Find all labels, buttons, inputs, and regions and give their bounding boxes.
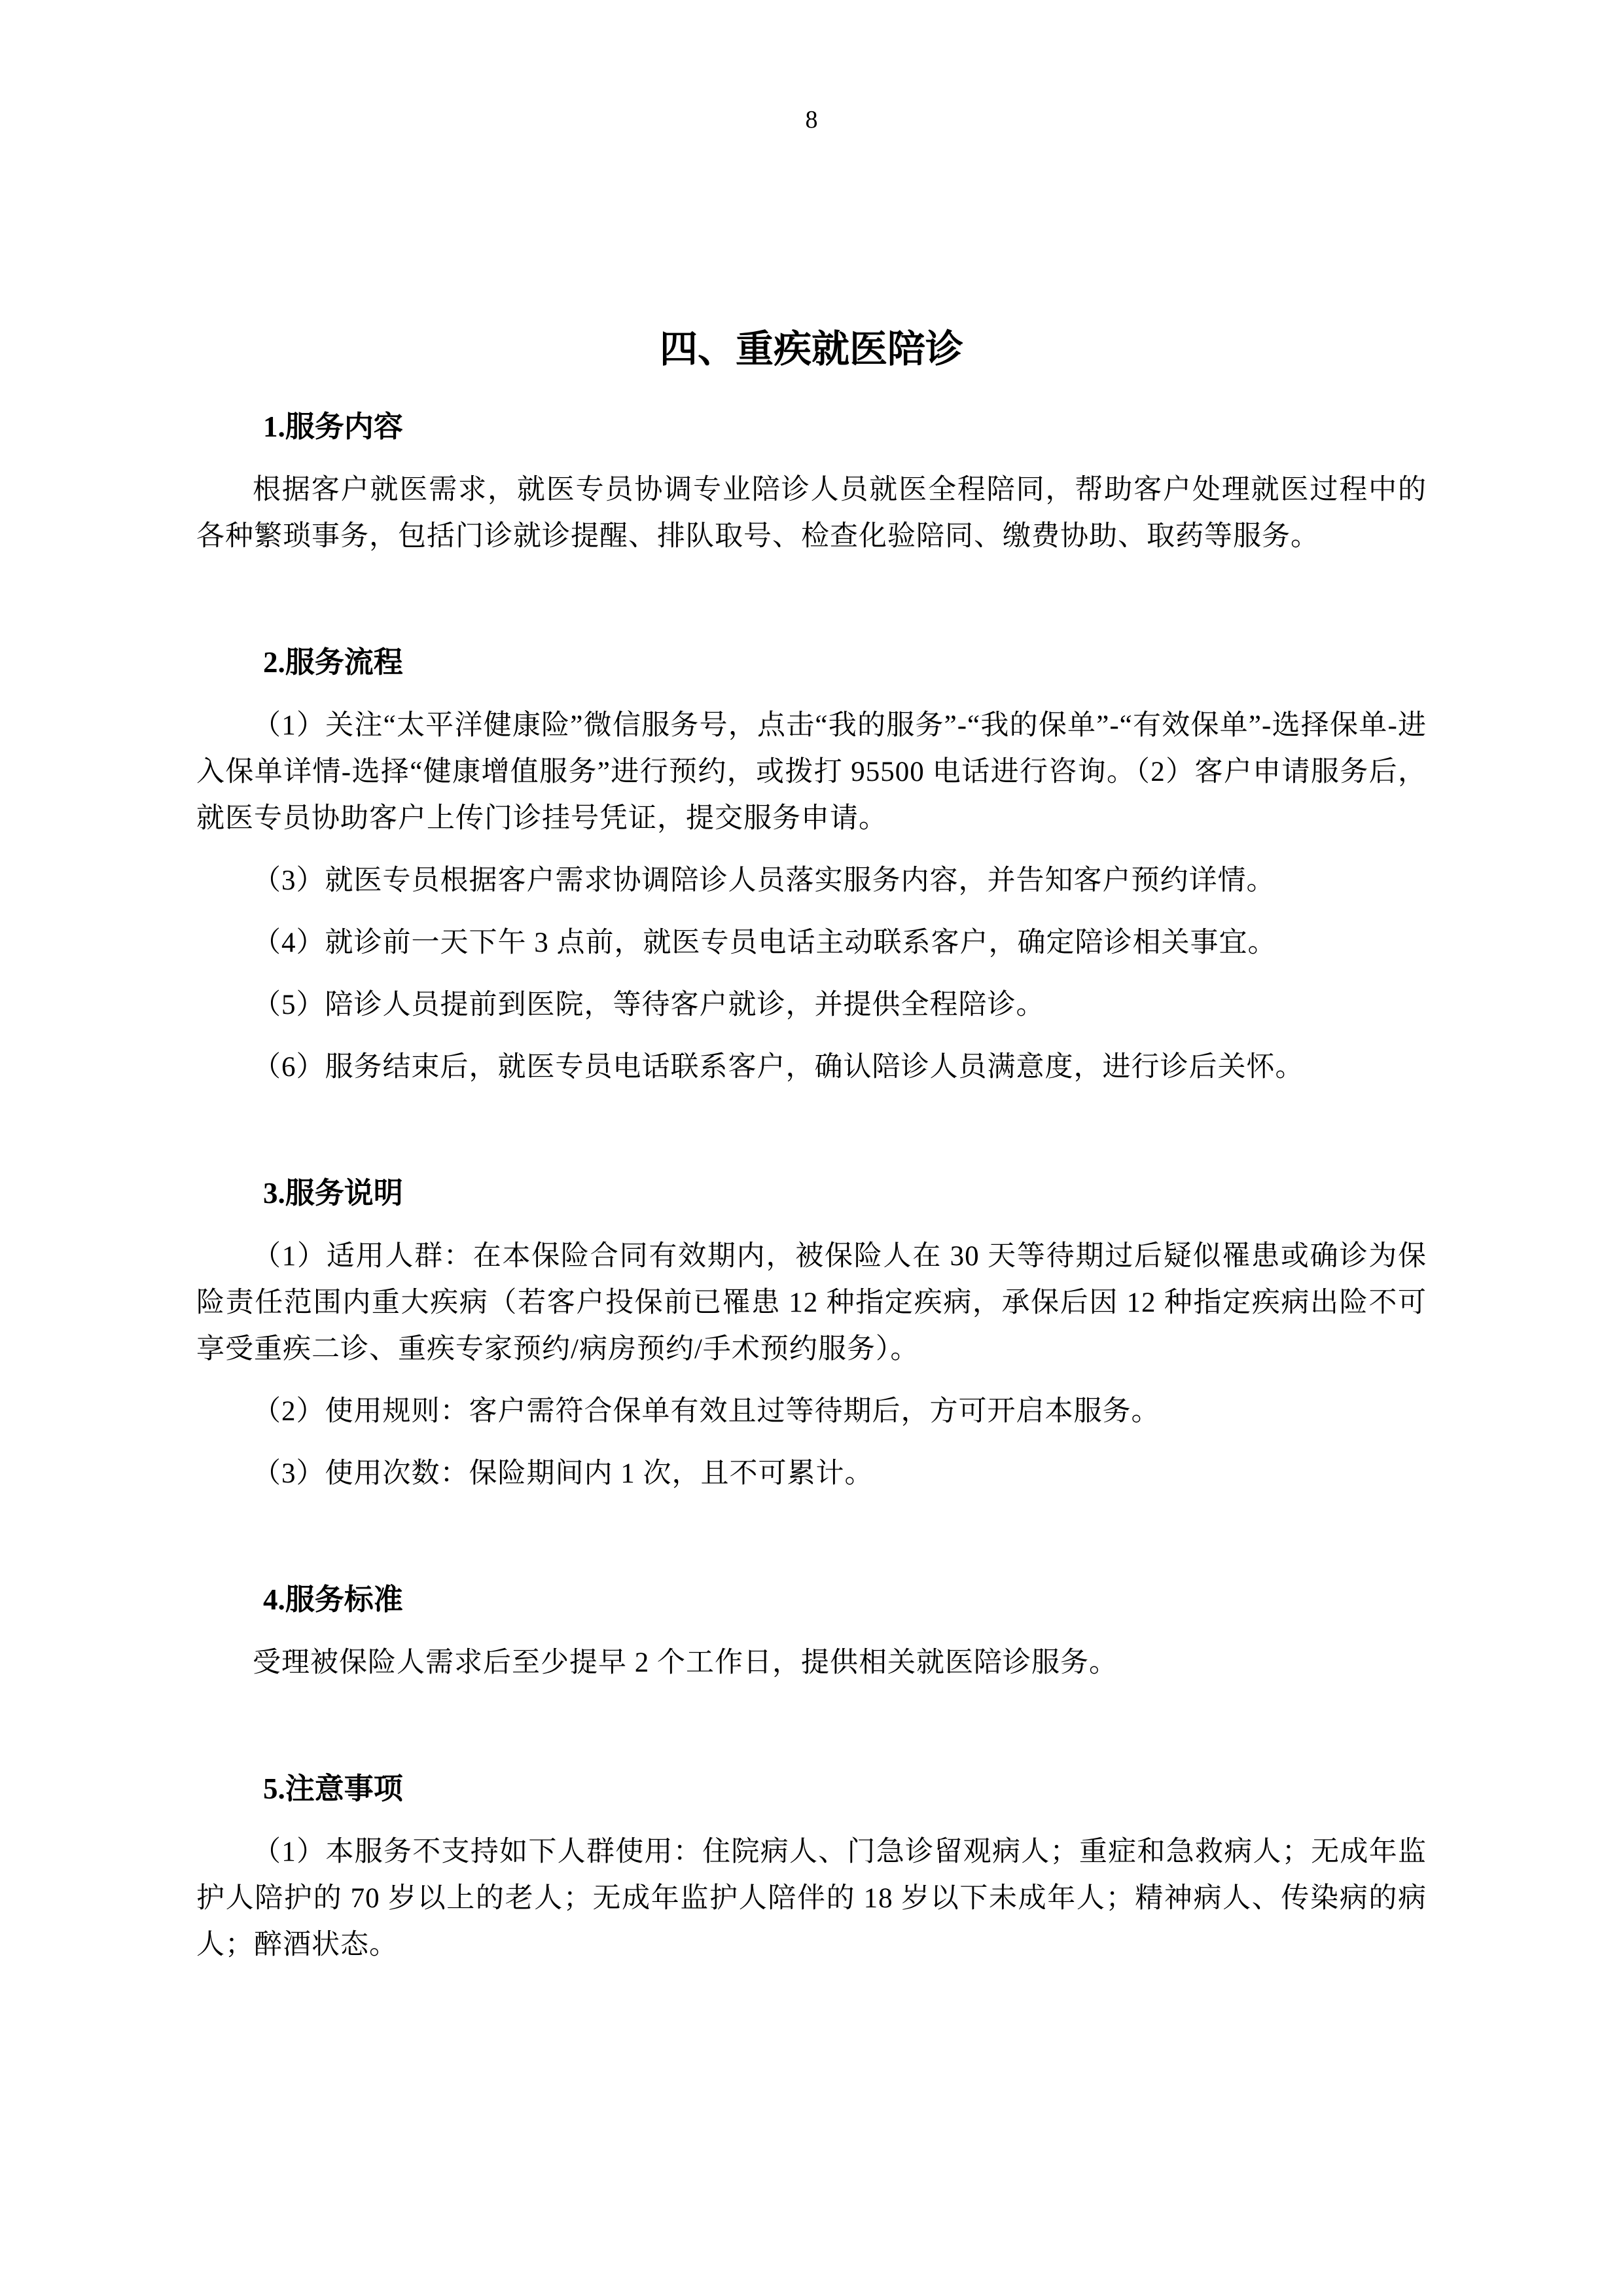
section-service-content: 1.服务内容 根据客户就医需求，就医专员协调专业陪诊人员就医全程陪同，帮助客户处…: [196, 404, 1427, 560]
document-page: 8 四、重疾就医陪诊 1.服务内容 根据客户就医需求，就医专员协调专业陪诊人员就…: [0, 0, 1623, 2296]
paragraph: （1）适用人群：在本保险合同有效期内，被保险人在 30 天等待期过后疑似罹患或确…: [196, 1233, 1427, 1372]
paragraph: （1）本服务不支持如下人群使用：住院病人、门急诊留观病人；重症和急救病人；无成年…: [196, 1829, 1427, 1968]
page-number: 8: [196, 107, 1427, 133]
paragraph: （1）关注“太平洋健康险”微信服务号，点击“我的服务”-“我的保单”-“有效保单…: [196, 702, 1427, 842]
document-title: 四、重疾就医陪诊: [196, 324, 1427, 375]
section-heading-service-standard: 4.服务标准: [196, 1577, 1427, 1623]
section-service-standard: 4.服务标准 受理被保险人需求后至少提早 2 个工作日，提供相关就医陪诊服务。: [196, 1577, 1427, 1686]
section-service-process: 2.服务流程 （1）关注“太平洋健康险”微信服务号，点击“我的服务”-“我的保单…: [196, 639, 1427, 1090]
paragraph: （3）就医专员根据客户需求协调陪诊人员落实服务内容，并告知客户预约详情。: [196, 857, 1427, 904]
paragraph: （4）就诊前一天下午 3 点前，就医专员电话主动联系客户，确定陪诊相关事宜。: [196, 920, 1427, 966]
section-heading-notes: 5.注意事项: [196, 1766, 1427, 1812]
paragraph: 根据客户就医需求，就医专员协调专业陪诊人员就医全程陪同，帮助客户处理就医过程中的…: [196, 467, 1427, 560]
section-service-description: 3.服务说明 （1）适用人群：在本保险合同有效期内，被保险人在 30 天等待期过…: [196, 1170, 1427, 1497]
paragraph: 受理被保险人需求后至少提早 2 个工作日，提供相关就医陪诊服务。: [196, 1640, 1427, 1686]
section-notes: 5.注意事项 （1）本服务不支持如下人群使用：住院病人、门急诊留观病人；重症和急…: [196, 1766, 1427, 1968]
paragraph: （2）使用规则：客户需符合保单有效且过等待期后，方可开启本服务。: [196, 1388, 1427, 1435]
section-heading-service-description: 3.服务说明: [196, 1170, 1427, 1216]
section-heading-service-content: 1.服务内容: [196, 404, 1427, 450]
paragraph: （3）使用次数：保险期间内 1 次，且不可累计。: [196, 1450, 1427, 1497]
section-heading-service-process: 2.服务流程: [196, 639, 1427, 685]
paragraph: （5）陪诊人员提前到医院，等待客户就诊，并提供全程陪诊。: [196, 982, 1427, 1028]
paragraph: （6）服务结束后，就医专员电话联系客户，确认陪诊人员满意度，进行诊后关怀。: [196, 1044, 1427, 1090]
